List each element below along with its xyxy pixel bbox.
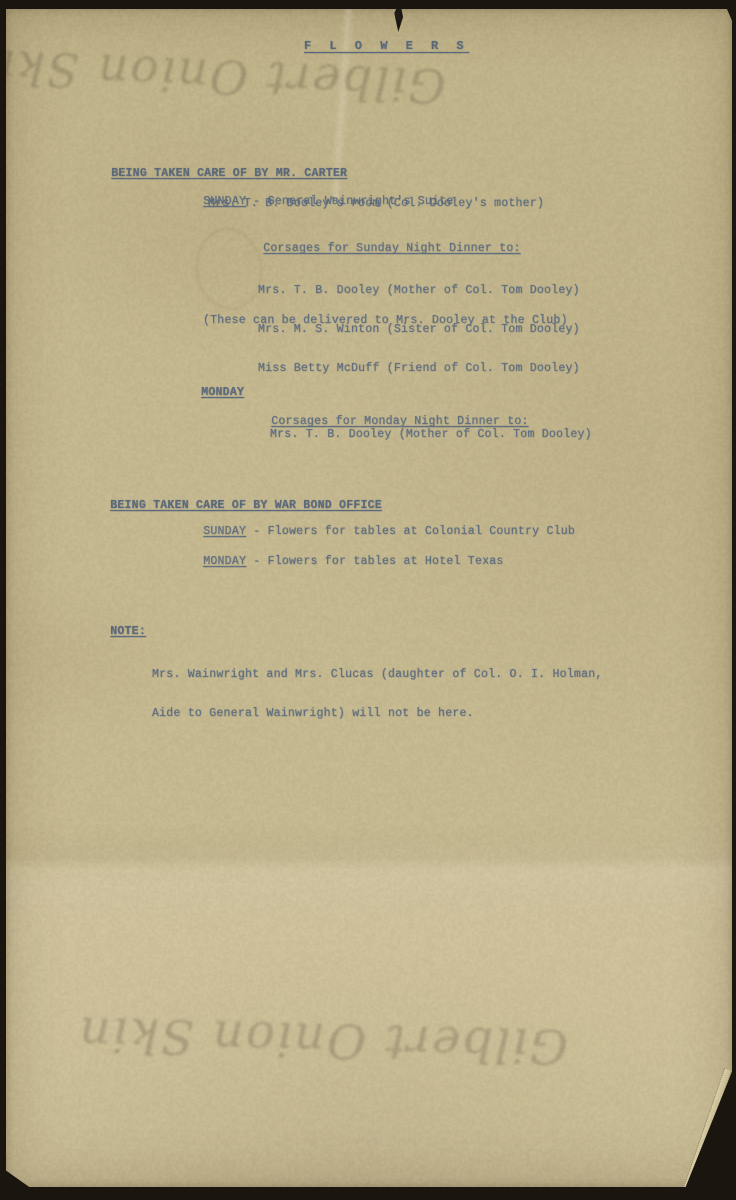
- war-bond-sunday-text: - Flowers for tables at Colonial Country…: [253, 525, 575, 538]
- day-label-sunday: SUNDAY: [203, 525, 246, 538]
- scanned-document: Gilbert Onion Skin Gilbert Onion Skin F …: [0, 0, 736, 1200]
- section-heading-carter-text: BEING TAKEN CARE OF BY MR. CARTER: [111, 167, 347, 180]
- page-layer: Gilbert Onion Skin Gilbert Onion Skin F …: [0, 0, 736, 1200]
- document-title: F L O W E R S: [304, 40, 469, 53]
- note-label-text: NOTE:: [110, 625, 146, 638]
- delivery-note: (These can be delivered to Mrs. Dooley a…: [203, 314, 568, 327]
- note-line-1: Mrs. Wainwright and Mrs. Clucas (daughte…: [152, 668, 603, 681]
- war-bond-monday-line: MONDAY- Flowers for tables at Hotel Texa…: [146, 542, 504, 581]
- note-line-2: Aide to General Wainwright) will not be …: [152, 707, 603, 720]
- note-label: NOTE:: [53, 612, 146, 651]
- corsages-monday-heading-text: Corsages for Monday Night Dinner to:: [271, 415, 528, 428]
- corsage-recipient-monday: Mrs. T. B. Dooley (Mother of Col. Tom Do…: [270, 428, 592, 441]
- carter-sunday-item2: Mrs. T. B. Dooley's room (Col. Dooley's …: [208, 197, 544, 210]
- section-heading-war-bond-text: BEING TAKEN CARE OF BY WAR BOND OFFICE: [110, 499, 382, 512]
- day-label-monday: MONDAY: [203, 555, 246, 568]
- war-bond-monday-text: - Flowers for tables at Hotel Texas: [253, 555, 503, 568]
- corsage-recipient: Miss Betty McDuff (Friend of Col. Tom Do…: [258, 362, 580, 375]
- corsages-sunday-heading-text: Corsages for Sunday Night Dinner to:: [263, 242, 520, 255]
- note-body: Mrs. Wainwright and Mrs. Clucas (daughte…: [152, 642, 603, 746]
- paper-sheet: Gilbert Onion Skin Gilbert Onion Skin F …: [6, 9, 732, 1187]
- corsage-recipient: Mrs. T. B. Dooley (Mother of Col. Tom Do…: [258, 284, 580, 297]
- day-label-monday: MONDAY: [201, 386, 244, 399]
- corsage-recipient-list: Mrs. T. B. Dooley (Mother of Col. Tom Do…: [258, 258, 580, 401]
